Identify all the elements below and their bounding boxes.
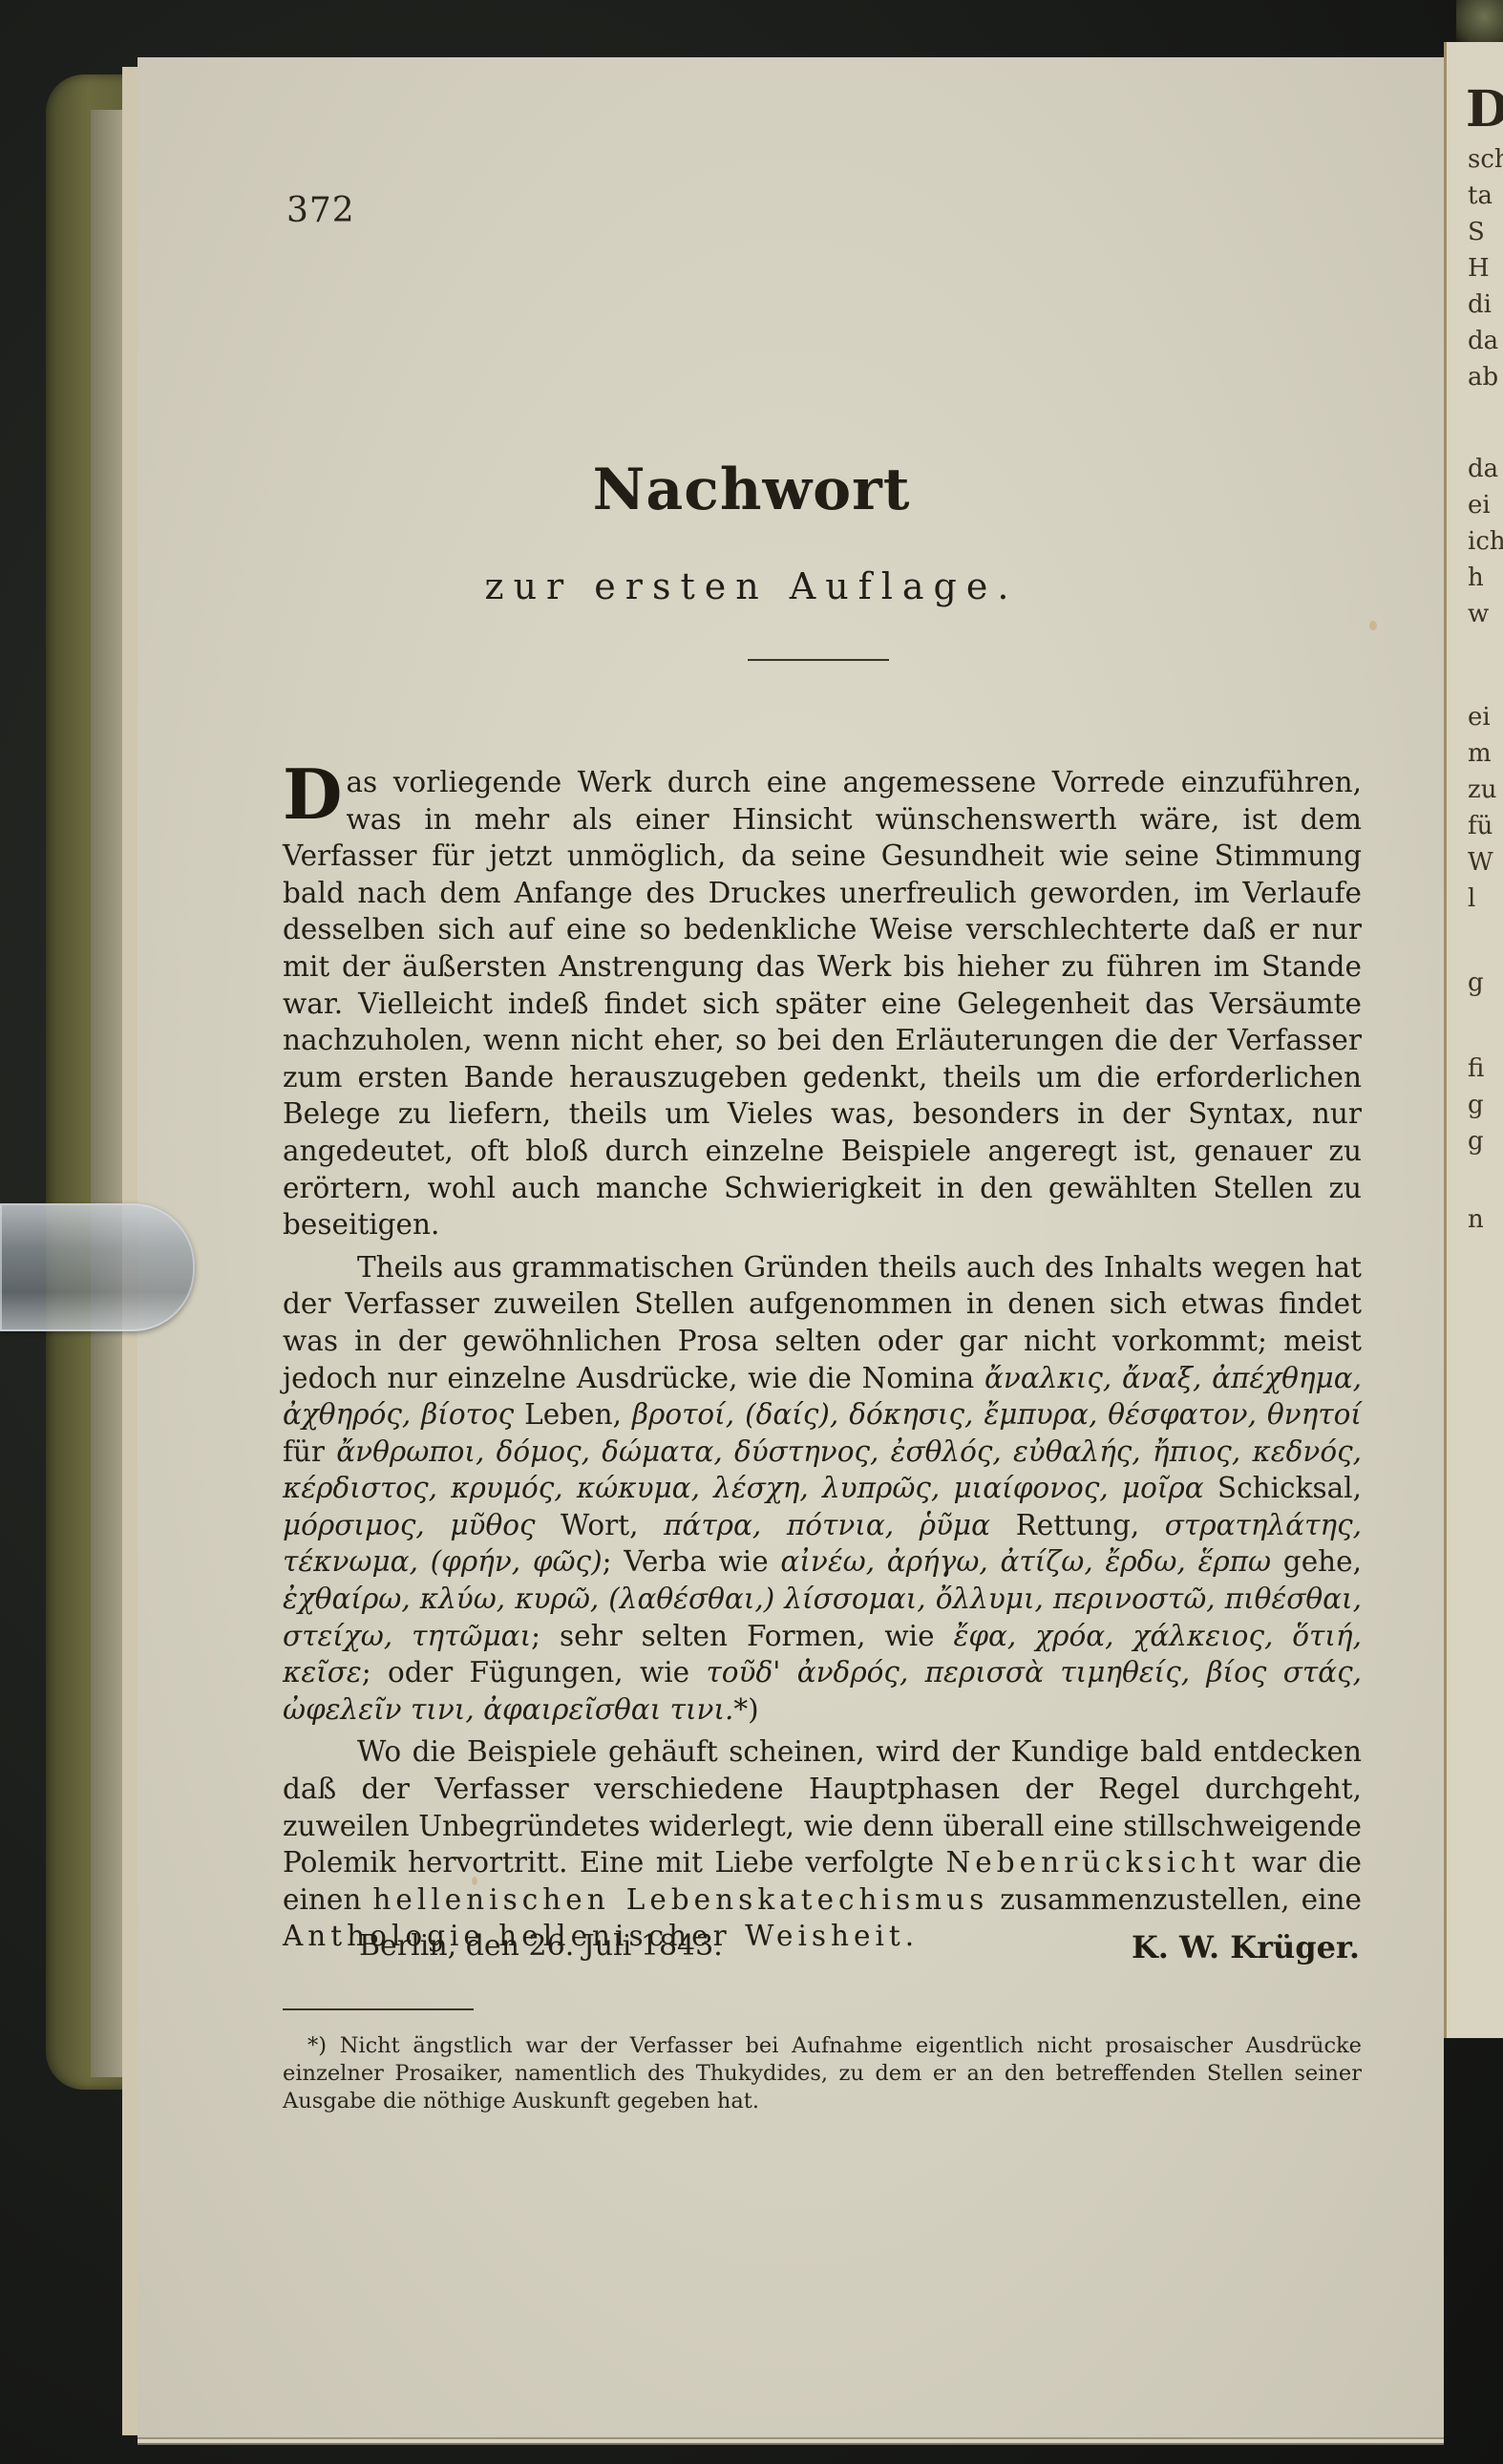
adjacent-fragment: S: [1468, 218, 1485, 246]
adjacent-fragment: H: [1468, 254, 1490, 283]
adjacent-fragment: n: [1468, 1205, 1484, 1234]
adjacent-fragment: fü: [1468, 812, 1492, 840]
adjacent-fragment: da: [1468, 327, 1498, 355]
author-signature: K. W. Krüger.: [1132, 1929, 1360, 1965]
greek-term: βροτοί, (δαίς), δόκησις, ἔμπυρα, θέσφατο…: [632, 1398, 1362, 1431]
text-run: Schicksal,: [1204, 1472, 1362, 1504]
adjacent-fragment: g: [1468, 1127, 1484, 1156]
spaced-emphasis: hellenischen Lebenskatechismus: [372, 1883, 988, 1916]
text-run: Rettung,: [990, 1509, 1165, 1541]
paper-stain: [1369, 621, 1377, 630]
greek-term: ἄνθρωποι, δόμος, δώματα, δύστηνος, ἐσθλό…: [283, 1435, 1362, 1505]
adjacent-fragment: g: [1468, 1091, 1484, 1119]
adjacent-fragment: ab: [1468, 363, 1498, 392]
adjacent-fragment: W: [1468, 848, 1493, 877]
adjacent-page: D sch ta S H di da ab da ei ich h w ei m…: [1444, 42, 1503, 2038]
paragraph-2: Theils aus grammatischen Gründen theils …: [283, 1249, 1362, 1729]
adjacent-fragment: zu: [1468, 775, 1496, 804]
adjacent-fragment: sch: [1468, 145, 1503, 174]
spaced-emphasis: Nebenrücksicht: [945, 1846, 1239, 1879]
adjacent-fragment: di: [1468, 290, 1492, 319]
text-run: Leben,: [514, 1398, 632, 1431]
place-date: Berlin, den 26. Juli 1843.: [359, 1929, 723, 1963]
chapter-title: Nachwort: [0, 457, 1503, 523]
page-number: 372: [286, 191, 355, 230]
text-run: Wort,: [536, 1509, 665, 1541]
adjacent-fragment: l: [1468, 884, 1475, 913]
greek-term: μόρσιμος, μῦθος: [283, 1509, 536, 1541]
text-run: ; sehr selten Formen, wie: [531, 1620, 953, 1652]
paragraph-1: Das vorliegende Werk durch eine angemess…: [283, 764, 1362, 1243]
text-run: für: [283, 1435, 336, 1468]
text-run: zusammenzustellen, eine: [988, 1883, 1362, 1916]
signature-line: Berlin, den 26. Juli 1843. K. W. Krüger.: [359, 1929, 1362, 1971]
adjacent-fragment: fi: [1468, 1054, 1484, 1083]
chapter-subtitle: zur ersten Auflage.: [0, 565, 1503, 607]
book-cover-edge: [91, 110, 125, 2077]
adjacent-fragment: ta: [1468, 181, 1492, 210]
footnote-text: *) Nicht ängstlich war der Verfasser bei…: [283, 2032, 1362, 2115]
adjacent-fragment: ich: [1468, 527, 1503, 556]
footnote: *) Nicht ängstlich war der Verfasser bei…: [283, 2032, 1362, 2115]
adjacent-fragment: g: [1468, 968, 1484, 997]
paragraph-3: Wo die Beispiele gehäuft scheinen, wird …: [283, 1733, 1362, 1955]
adjacent-fragment: ei: [1468, 703, 1491, 732]
footnote-rule: [283, 2008, 474, 2010]
text-run: gehe,: [1271, 1545, 1362, 1578]
text-run: ; oder Fügungen, wie: [362, 1656, 707, 1689]
greek-term: αἰνέω, ἀρήγω, ἀτίζω, ἔρδω, ἕρπω: [780, 1545, 1271, 1578]
adjacent-page-dropcap: D: [1466, 80, 1503, 138]
text-run: ; Verba wie: [603, 1545, 781, 1578]
text-run: *): [733, 1693, 758, 1726]
drop-cap: D: [283, 766, 342, 823]
adjacent-fragment: m: [1468, 739, 1492, 768]
cover-corner: [1456, 0, 1503, 42]
paragraph-text: as vorliegende Werk durch eine angemesse…: [283, 766, 1362, 1241]
greek-term: πάτρα, πότνια, ῥῦμα: [664, 1509, 990, 1541]
body-text: Das vorliegende Werk durch eine angemess…: [283, 764, 1362, 1955]
title-rule: [748, 659, 889, 661]
page-clip-bookmark: [0, 1203, 195, 1331]
